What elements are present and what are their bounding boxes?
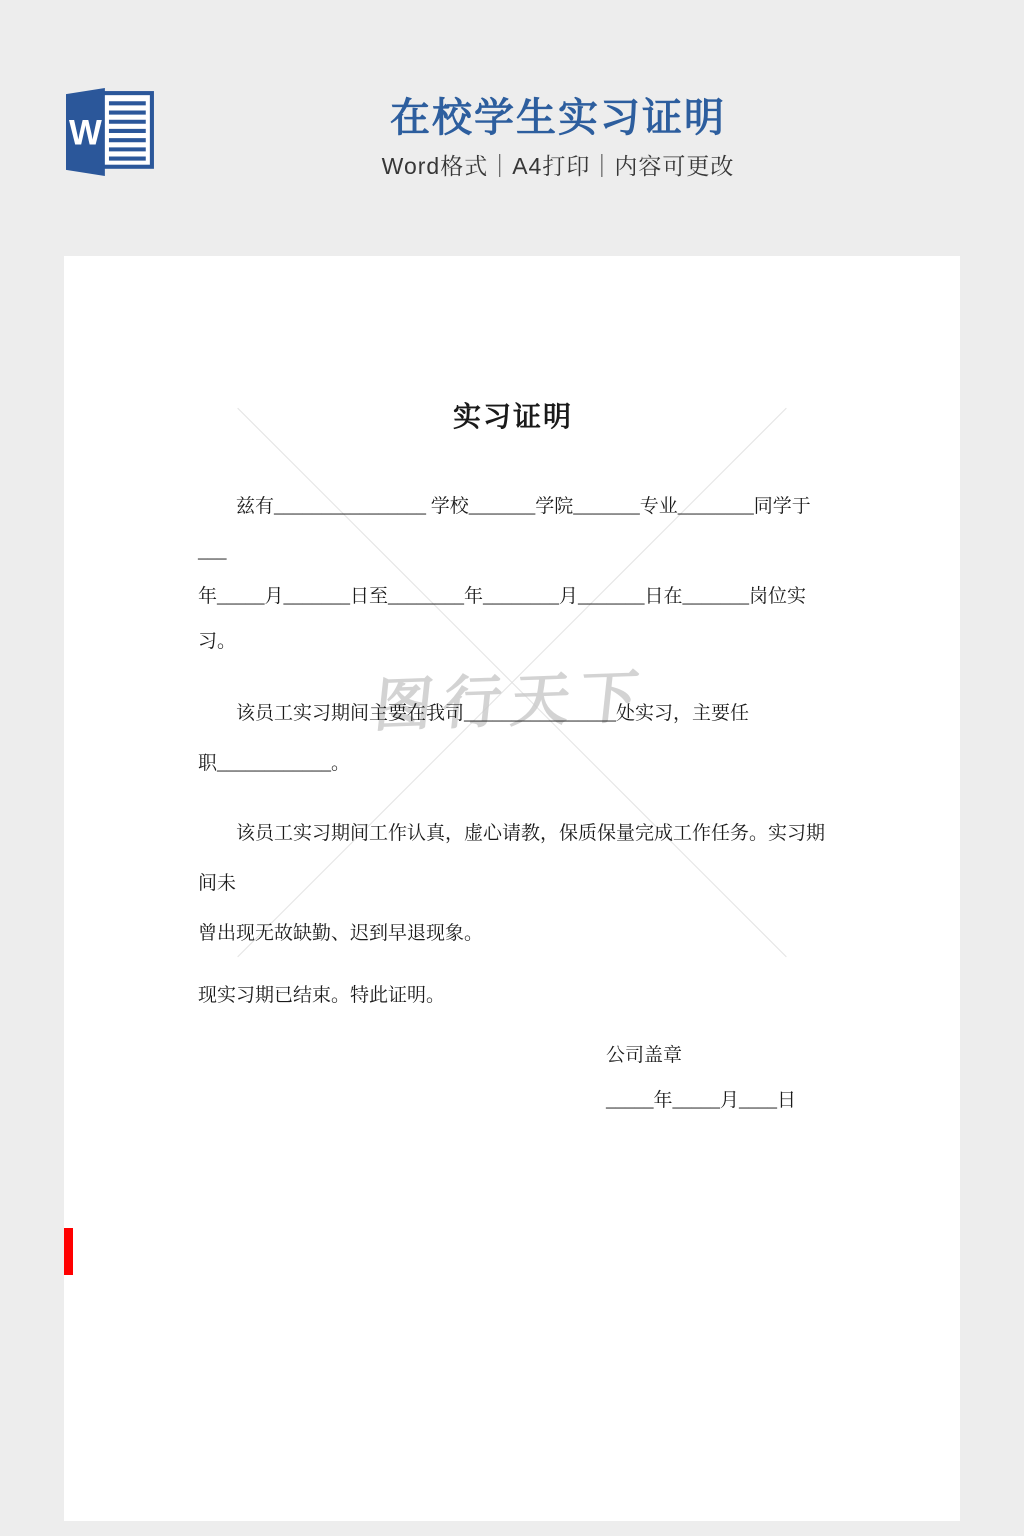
paragraph: 兹有________________ 学校_______学院_______专业_… <box>198 484 828 664</box>
paragraph-line: 习。 <box>198 619 828 664</box>
signature-block: 公司盖章 _____年_____月____日 <box>606 1033 828 1123</box>
listing-title: 在校学生实习证明 <box>92 94 1024 142</box>
document-title: 实习证明 <box>198 400 828 436</box>
paragraph-line: 兹有________________ 学校_______学院_______专业_… <box>198 484 828 574</box>
red-accent-bar <box>64 1228 73 1275</box>
paragraph: 该员工实习期间主要在我司________________处实习，主要任 职___… <box>198 689 828 789</box>
word-document-icon: W <box>66 88 156 178</box>
paragraph: 现实习期已结束。特此证明。 <box>198 971 828 1021</box>
paragraph: 该员工实习期间工作认真，虚心请教，保质保量完成工作任务。实习期间未 曾出现无故缺… <box>198 809 828 959</box>
listing-header: W 在校学生实习证明 Word格式｜A4打印｜内容可更改 <box>0 0 1024 256</box>
document-page: 图行天下 实习证明 兹有________________ 学校_______学院… <box>64 256 960 1521</box>
listing-subtitle: Word格式｜A4打印｜内容可更改 <box>92 152 1024 180</box>
paragraph-line: 现实习期已结束。特此证明。 <box>198 971 828 1021</box>
company-stamp-label: 公司盖章 <box>606 1033 828 1078</box>
paragraph-line: 年_____月_______日至________年________月______… <box>198 574 828 619</box>
paragraph-line: 该员工实习期间工作认真，虚心请教，保质保量完成工作任务。实习期间未 <box>198 809 828 909</box>
paragraph-line: 该员工实习期间主要在我司________________处实习，主要任 <box>198 689 828 739</box>
document-content: 实习证明 兹有________________ 学校_______学院_____… <box>64 256 960 1123</box>
paragraph-line: 曾出现无故缺勤、迟到早退现象。 <box>198 909 828 959</box>
page-background: W 在校学生实习证明 Word格式｜A4打印｜内容可更改 图行天下 实习证明 兹… <box>0 0 1024 1536</box>
word-icon-letter: W <box>69 114 102 152</box>
word-icon: W <box>66 88 156 178</box>
signature-date-line: _____年_____月____日 <box>606 1078 828 1123</box>
paragraph-line: 职____________。 <box>198 739 828 789</box>
